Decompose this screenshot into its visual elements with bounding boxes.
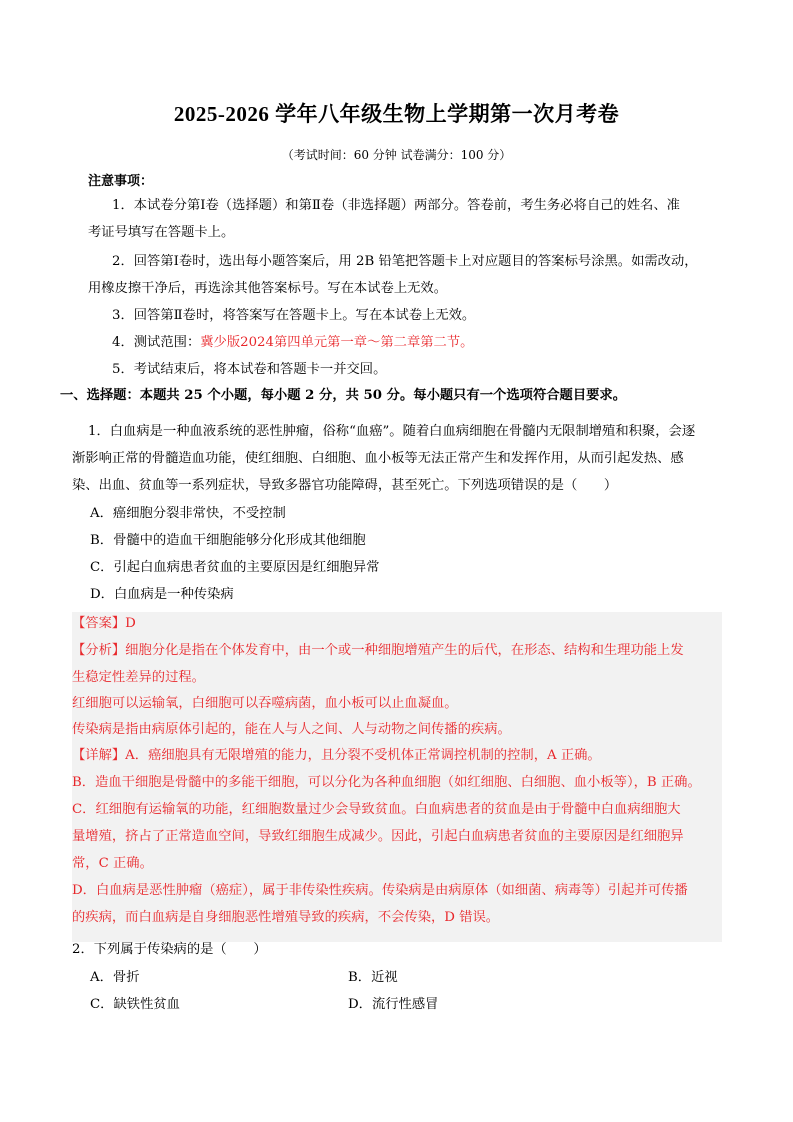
q1-option-c: C．引起白血病患者贫血的主要原因是红细胞异常 (90, 558, 379, 578)
q1-detail-line-3: C．红细胞有运输氧的功能，红细胞数量过少会导致贫血。白血病患者的贫血是由于骨髓中… (72, 800, 681, 820)
q2-option-a: A．骨折 (90, 968, 140, 988)
notice-item-5: 5．考试结束后，将本试卷和答题卡一并交回。 (112, 360, 386, 380)
q2-stem: 2．下列属于传染病的是（ ） (72, 940, 267, 960)
q1-analysis-line-4: 传染病是指由病原体引起的，能在人与人之间、人与动物之间传播的疾病。 (72, 720, 511, 740)
notice-heading: 注意事项： (88, 172, 153, 192)
q1-detail-line-7: 的疾病，而白血病是自身细胞恶性增殖导致的疾病，不会传染，D 错误。 (72, 908, 499, 928)
q1-analysis-line-1: 【分析】细胞分化是指在个体发育中，由一个或一种细胞增殖产生的后代，在形态、结构和… (72, 641, 684, 661)
q1-analysis-line-2: 生稳定性差异的过程。 (72, 668, 205, 688)
exam-page: 2025-2026 学年八年级生物上学期第一次月考卷 （考试时间：60 分钟 试… (0, 0, 793, 1122)
q1-option-b: B．骨髓中的造血干细胞能够分化形成其他细胞 (90, 531, 366, 551)
section-1-heading: 一、选择题：本题共 25 个小题，每小题 2 分，共 50 分。每小题只有一个选… (60, 386, 626, 406)
q1-answer: 【答案】D (72, 614, 136, 634)
q1-stem-line-3: 染、出血、贫血等一系列症状，导致多器官功能障碍，甚至死亡。下列选项错误的是（ ） (72, 476, 617, 496)
notice-item-3: 3．回答第Ⅱ卷时，将答案写在答题卡上。写在本试卷上无效。 (112, 306, 475, 326)
test-scope-highlight: 冀少版2024第四单元第一章～第二章第二节。 (200, 335, 473, 350)
q1-detail-line-2: B．造血干细胞是骨髓中的多能干细胞，可以分化为各种血细胞（如红细胞、白细胞、血小… (72, 773, 701, 793)
q1-detail-line-4: 量增殖，挤占了正常造血空间，导致红细胞生成减少。因此，引起白血病患者贫血的主要原… (72, 827, 684, 847)
notice-item-2-line-2: 用橡皮擦干净后，再选涂其他答案标号。写在本试卷上无效。 (88, 279, 447, 299)
notice-item-1-line-1: 1．本试卷分第Ⅰ卷（选择题）和第Ⅱ卷（非选择题）两部分。答卷前，考生务必将自己的… (112, 196, 680, 216)
q1-analysis-line-3: 红细胞可以运输氧，白细胞可以吞噬病菌，血小板可以止血凝血。 (72, 694, 458, 714)
q1-option-d: D．白血病是一种传染病 (90, 585, 234, 605)
notice-item-4: 4．测试范围：冀少版2024第四单元第一章～第二章第二节。 (112, 333, 473, 353)
notice-item-4-prefix: 4．测试范围： (112, 335, 200, 350)
q2-option-d: D．流行性感冒 (348, 995, 438, 1015)
q2-option-b: B．近视 (348, 968, 398, 988)
exam-subtitle: （考试时间：60 分钟 试卷满分：100 分） (0, 146, 793, 163)
q1-detail-line-1: 【详解】A．癌细胞具有无限增殖的能力，且分裂不受机体正常调控机制的控制，A 正确… (72, 746, 601, 766)
q1-stem-line-2: 渐影响正常的骨髓造血功能，使红细胞、白细胞、血小板等无法正常产生和发挥作用，从而… (72, 449, 684, 469)
q1-option-a: A．癌细胞分裂非常快，不受控制 (90, 504, 286, 524)
notice-item-1-line-2: 考证号填写在答题卡上。 (88, 223, 234, 243)
q1-detail-line-6: D．白血病是恶性肿瘤（癌症），属于非传染性疾病。传染病是由病原体（如细菌、病毒等… (72, 881, 688, 901)
notice-item-2-line-1: 2．回答第Ⅰ卷时，选出每小题答案后，用 2B 铅笔把答题卡上对应题目的答案标号涂… (112, 252, 698, 272)
q1-stem-line-1: 1．白血病是一种血液系统的恶性肿瘤，俗称“血癌”。随着白血病细胞在骨髓内无限制增… (88, 422, 695, 442)
q2-option-c: C．缺铁性贫血 (90, 995, 180, 1015)
q1-detail-line-5: 常，C 正确。 (72, 854, 153, 874)
exam-title: 2025-2026 学年八年级生物上学期第一次月考卷 (0, 98, 793, 128)
